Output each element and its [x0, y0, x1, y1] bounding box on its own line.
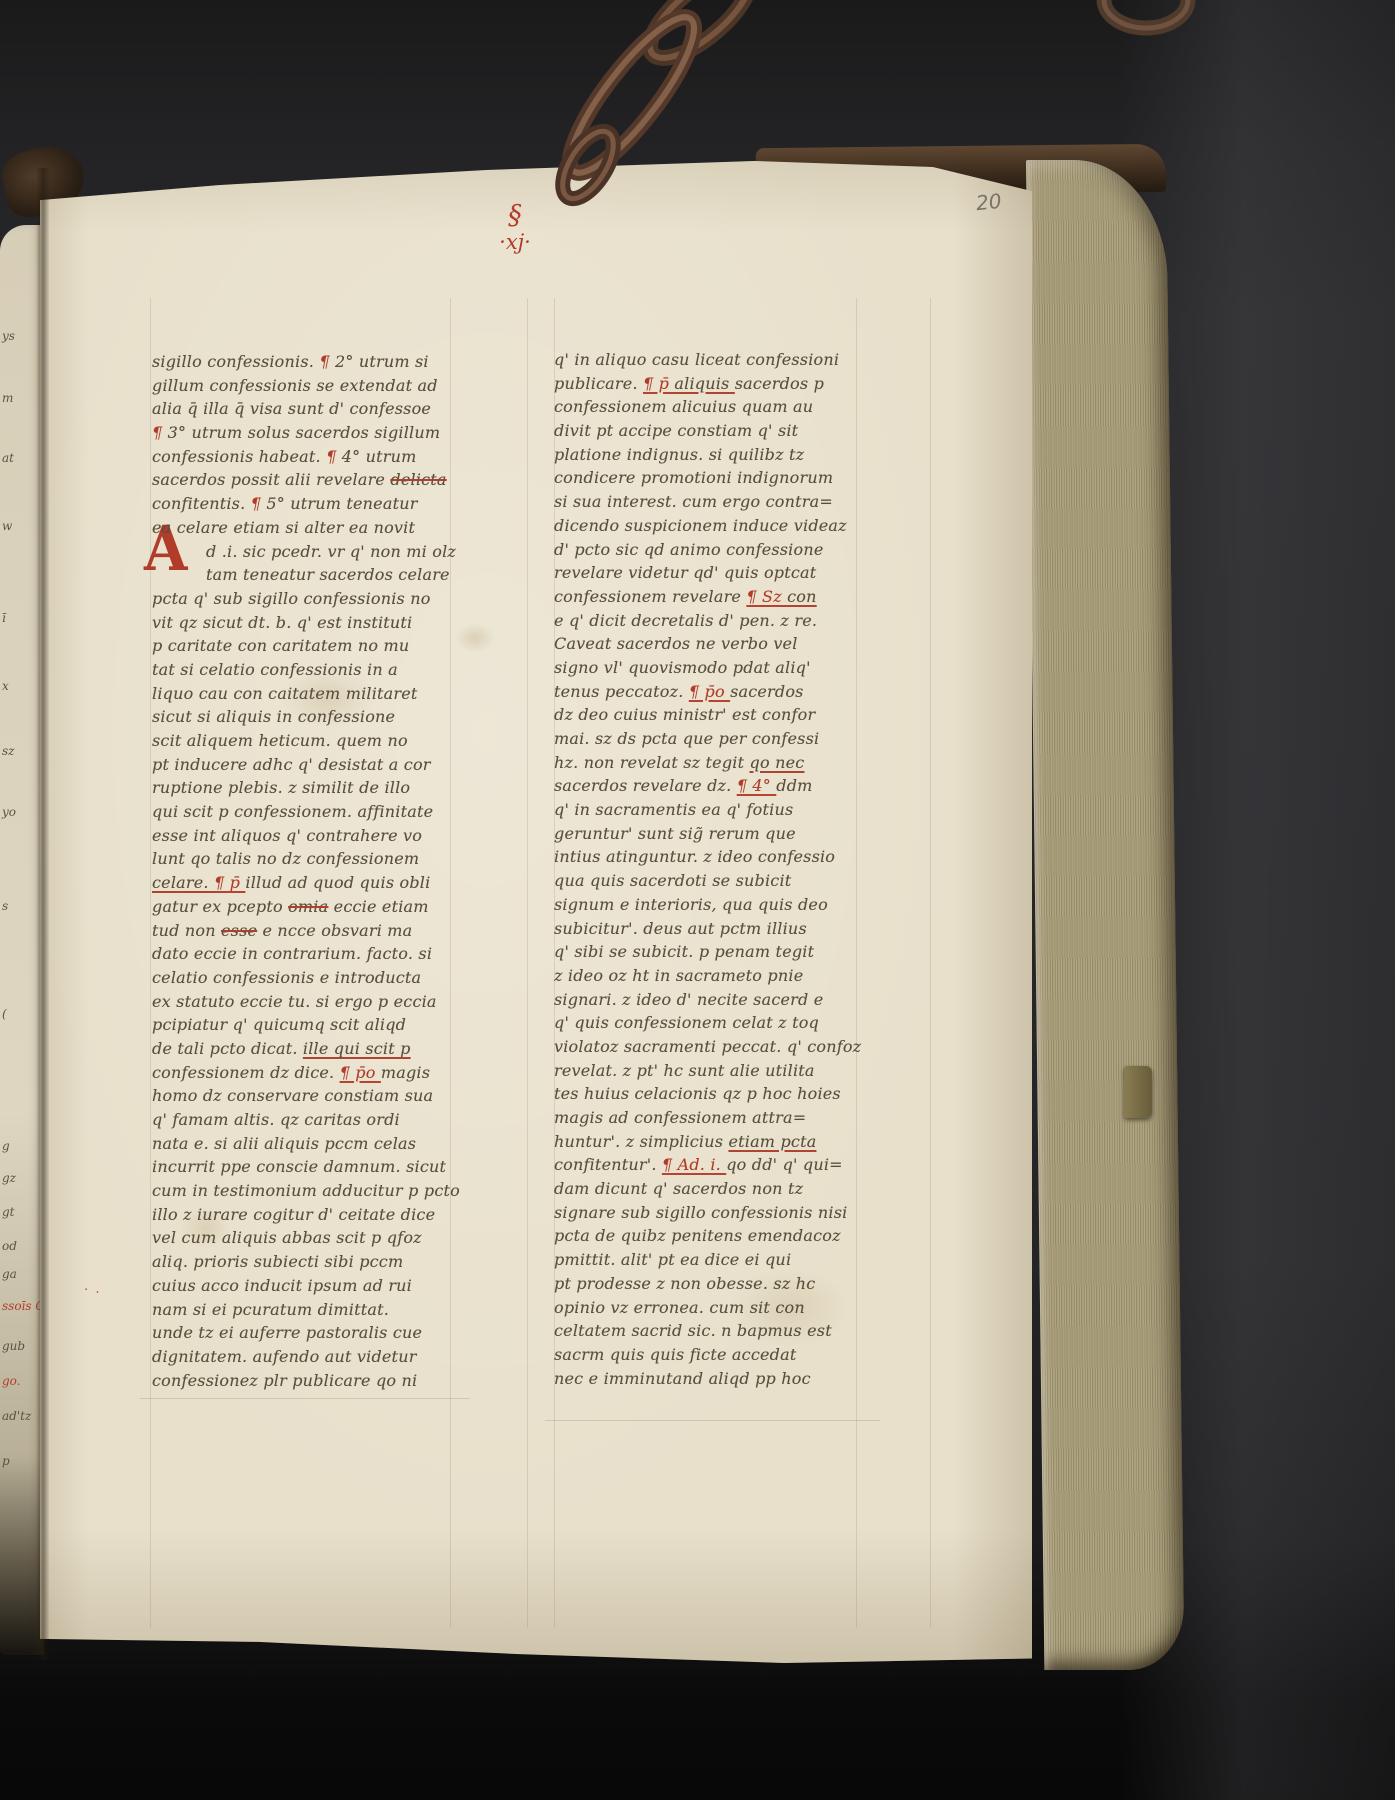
- manuscript-text-line: vit qz sicut dt. b. q' est instituti: [152, 611, 468, 635]
- ink-text: z ideo oz ht in sacrameto pnie: [554, 966, 803, 985]
- manuscript-text-line: pcta de quibz penitens emendacoz: [554, 1224, 870, 1248]
- ink-text: signum e interioris, qua quis deo: [554, 895, 828, 914]
- ink-text: 5° utrum teneatur: [266, 494, 417, 513]
- fore-edge-tab: [1124, 1066, 1152, 1118]
- manuscript-text-line: ea celare etiam si alter ea novit: [152, 516, 468, 540]
- ink-text: gillum confessionis se extendat ad: [152, 376, 438, 395]
- ink-text: homo dz conservare constiam sua: [152, 1086, 433, 1105]
- ink-text: sacrm quis quis ficte accedat: [554, 1345, 796, 1364]
- marginal-text-fragment: gt: [2, 1206, 15, 1218]
- ink-text: qua quis sacerdoti se subicit: [554, 871, 791, 890]
- ink-text: 2° utrum si: [335, 352, 429, 371]
- manuscript-text-line: qui scit p confessionem. affinitate: [152, 800, 468, 824]
- manuscript-text-line: si sua interest. cum ergo contra=: [554, 490, 870, 514]
- ink-text: aliquis: [674, 374, 734, 393]
- ruling-line: [527, 298, 528, 1628]
- ink-text: tenus peccatoz.: [554, 682, 689, 701]
- marginal-text-fragment: gz: [2, 1172, 16, 1184]
- ink-text: illud ad quod quis obli: [245, 873, 430, 892]
- manuscript-text-line: celare. ¶ p̄ illud ad quod quis obli: [152, 871, 468, 895]
- manuscript-text-line: pmittit. alit' pt ea dice ei qui: [554, 1248, 870, 1272]
- manuscript-text-line: z ideo oz ht in sacrameto pnie: [554, 964, 870, 988]
- chapter-number: ·xj·: [480, 230, 550, 254]
- manuscript-text-line: publicare. ¶ p̄ aliquis sacerdos p: [554, 372, 870, 396]
- marginal-text-fragment: ad'tz: [2, 1410, 31, 1422]
- ink-text: dz deo cuius ministr' est confor: [554, 705, 815, 724]
- manuscript-text-line: illo z iurare cogitur d' ceitate dice: [152, 1203, 468, 1227]
- marginal-text-fragment: x: [2, 680, 9, 692]
- ink-text: 4° utrum: [342, 447, 417, 466]
- ink-text: alia q̄ illa q̄ visa sunt d' confessoe: [152, 399, 431, 418]
- ink-text: celare.: [152, 873, 214, 892]
- manuscript-text-line: alia q̄ illa q̄ visa sunt d' confessoe: [152, 397, 468, 421]
- ink-text: ddm: [776, 776, 812, 795]
- ink-text: q' quis confessionem celat z toq: [554, 1013, 819, 1032]
- manuscript-text-line: dignitatem. aufendo aut videtur: [152, 1345, 468, 1369]
- marginal-text-fragment: ga: [2, 1268, 17, 1280]
- rubric-text: ¶ p̄o: [340, 1063, 381, 1082]
- ruling-line: [545, 1420, 880, 1421]
- manuscript-text-line: violatoz sacramenti peccat. q' confoz: [554, 1035, 870, 1059]
- manuscript-text-line: tenus peccatoz. ¶ p̄o sacerdos: [554, 680, 870, 704]
- manuscript-text-line: huntur'. z simplicius etiam pcta: [554, 1130, 870, 1154]
- ink-text: ruptione plebis. z similit de illo: [152, 778, 410, 797]
- ink-text: dam dicunt q' sacerdos non tz: [554, 1179, 803, 1198]
- manuscript-text-line: sigillo confessionis. ¶ 2° utrum si: [152, 350, 468, 374]
- ink-text: confessionem alicuius quam au: [554, 397, 813, 416]
- ink-text: confitentur'.: [554, 1155, 662, 1174]
- ink-text: scit aliquem heticum. quem no: [152, 731, 408, 750]
- ink-text: signari. z ideo d' necite sacerd e: [554, 990, 823, 1009]
- manuscript-text-line: tes huius celacionis qz p hoc hoies: [554, 1082, 870, 1106]
- ink-text: celtatem sacrid sic. n bapmus est: [554, 1321, 832, 1340]
- manuscript-text-line: sacerdos revelare dz. ¶ 4° ddm: [554, 774, 870, 798]
- marginal-text-fragment: (: [2, 1008, 7, 1020]
- ink-text: gatur ex pcepto: [152, 897, 288, 916]
- ruling-line: [930, 298, 931, 1628]
- manuscript-text-line: lunt qo talis no dz confessionem: [152, 847, 468, 871]
- ink-text: ille qui scit p: [303, 1039, 411, 1058]
- manuscript-text-line: q' in aliquo casu liceat confessioni: [554, 348, 870, 372]
- manuscript-text-line: q' famam altis. qz caritas ordi: [152, 1108, 468, 1132]
- marginal-text-fragment: sz: [2, 745, 14, 757]
- text-column-right: q' in aliquo casu liceat confessionipubl…: [554, 348, 870, 1390]
- rubric-text: ¶ Ad. i.: [662, 1155, 726, 1174]
- manuscript-text-line: confessionis habeat. ¶ 4° utrum: [152, 445, 468, 469]
- manuscript-text-line: p caritate con caritatem no mu: [152, 634, 468, 658]
- marginal-text-fragment: at: [2, 452, 14, 464]
- rubric-text: ¶: [326, 447, 342, 466]
- manuscript-text-line: ¶ 3° utrum solus sacerdos sigillum: [152, 421, 468, 445]
- ink-text: opinio vz erronea. cum sit con: [554, 1298, 805, 1317]
- manuscript-text-line: divit pt accipe constiam q' sit: [554, 419, 870, 443]
- manuscript-text-line: pt inducere adhc q' desistat a cor: [152, 753, 468, 777]
- manuscript-text-line: mai. sz ds pcta que per confessi: [554, 727, 870, 751]
- ink-text: sacerdos revelare dz.: [554, 776, 737, 795]
- ink-text: divit pt accipe constiam q' sit: [554, 421, 798, 440]
- manuscript-text-line: aliq. prioris subiecti sibi pccm: [152, 1250, 468, 1274]
- ink-text: dato eccie in contrarium. facto. si: [152, 944, 432, 963]
- marginal-text-fragment: w: [2, 520, 12, 532]
- ink-text: tud non: [152, 921, 221, 940]
- marginal-text-fragment: od: [2, 1240, 17, 1252]
- manuscript-text-line: esse int aliquos q' contrahere vo: [152, 824, 468, 848]
- ink-text: esse: [221, 921, 257, 940]
- manuscript-text-line: vel cum aliquis abbas scit p qfoz: [152, 1226, 468, 1250]
- ink-text: confessionis habeat.: [152, 447, 326, 466]
- marginal-text-fragment: p: [2, 1455, 10, 1467]
- manuscript-text-line: incurrit ppe conscie damnum. sicut: [152, 1155, 468, 1179]
- ink-text: confessionem revelare: [554, 587, 746, 606]
- ink-text: sicut si aliquis in confessione: [152, 707, 395, 726]
- ink-text: tam teneatur sacerdos celare: [206, 565, 450, 584]
- ink-text: cum in testimonium adducitur p pcto: [152, 1181, 460, 1200]
- manuscript-text-line: cuius acco inducit ipsum ad rui: [152, 1274, 468, 1298]
- manuscript-text-line: celtatem sacrid sic. n bapmus est: [554, 1319, 870, 1343]
- ink-text: signare sub sigillo confessionis nisi: [554, 1203, 847, 1222]
- manuscript-text-line: dz deo cuius ministr' est confor: [554, 703, 870, 727]
- manuscript-text-line: subicitur'. deus aut pctm illius: [554, 917, 870, 941]
- ink-text: signo vl' quovismodo pdat aliq': [554, 658, 811, 677]
- manuscript-text-line: tat si celatio confessionis in a: [152, 658, 468, 682]
- ink-text: qui scit p confessionem. affinitate: [152, 802, 433, 821]
- marginal-text-fragment: s: [2, 900, 8, 912]
- ink-text: d .i. sic pcedr. vr q' non mi olz: [206, 542, 456, 561]
- ink-text: pcta de quibz penitens emendacoz: [554, 1226, 841, 1245]
- manuscript-text-line: pt prodesse z non obesse. sz hc: [554, 1272, 870, 1296]
- ink-text: de tali pcto dicat.: [152, 1039, 303, 1058]
- ink-text: ea celare etiam si alter ea novit: [152, 518, 415, 537]
- ink-text: q' in sacramentis ea q' fotius: [554, 800, 793, 819]
- ink-text: omia: [288, 897, 328, 916]
- manuscript-text-line: signare sub sigillo confessionis nisi: [554, 1201, 870, 1225]
- ink-text: Caveat sacerdos ne verbo vel: [554, 634, 798, 653]
- ink-text: revelare videtur qd' quis optcat: [554, 563, 816, 582]
- ink-text: subicitur'. deus aut pctm illius: [554, 919, 807, 938]
- ink-text: pt prodesse z non obesse. sz hc: [554, 1274, 815, 1293]
- manuscript-text-line: qua quis sacerdoti se subicit: [554, 869, 870, 893]
- ink-text: vel cum aliquis abbas scit p qfoz: [152, 1228, 422, 1247]
- manuscript-text-line: unde tz ei auferre pastoralis cue: [152, 1321, 468, 1345]
- gutter-shadow: [36, 168, 49, 1660]
- manuscript-text-line: nam si ei pcuratum dimittat.: [152, 1298, 468, 1322]
- ink-text: intius atinguntur. z ideo confessio: [554, 847, 835, 866]
- ink-text: e ncce obsvari ma: [257, 921, 412, 940]
- rubric-dots: · ·: [83, 1282, 103, 1300]
- ink-text: pmittit. alit' pt ea dice ei qui: [554, 1250, 791, 1269]
- ink-text: etiam pcta: [728, 1132, 816, 1151]
- manuscript-text-line: nec e imminutand aliqd pp hoc: [554, 1367, 870, 1391]
- ink-text: pt inducere adhc q' desistat a cor: [152, 755, 431, 774]
- manuscript-text-line: liquo cau con caitatem militaret: [152, 682, 468, 706]
- ink-text: aliq. prioris subiecti sibi pccm: [152, 1252, 403, 1271]
- rubric-text: ¶: [152, 423, 168, 442]
- ink-text: q' sibi se subicit. p penam tegit: [554, 942, 814, 961]
- manuscript-text-line: q' sibi se subicit. p penam tegit: [554, 940, 870, 964]
- manuscript-text-line: ruptione plebis. z similit de illo: [152, 776, 468, 800]
- manuscript-text-line: dam dicunt q' sacerdos non tz: [554, 1177, 870, 1201]
- marginal-text-fragment: g: [2, 1140, 10, 1152]
- rubric-text: ¶ p̄o: [689, 682, 730, 701]
- ink-text: dicendo suspicionem induce videaz: [554, 516, 847, 535]
- manuscript-text-line: confitentur'. ¶ Ad. i. qo dd' q' qui=: [554, 1153, 870, 1177]
- manuscript-text-line: e q' dicit decretalis d' pen. z re.: [554, 609, 870, 633]
- manuscript-text-line: d .i. sic pcedr. vr q' non mi olz: [152, 540, 468, 564]
- text-column-left: sigillo confessionis. ¶ 2° utrum sigillu…: [152, 350, 468, 1392]
- rubric-text: ¶: [251, 494, 267, 513]
- ink-text: sacerdos p: [735, 374, 824, 393]
- ink-text: 3° utrum solus sacerdos sigillum: [168, 423, 441, 442]
- ink-text: confessionez plr publicare qo ni: [152, 1371, 417, 1390]
- ink-text: platione indignus. si quilibz tz: [554, 445, 804, 464]
- ink-text: pcta q' sub sigillo confessionis no: [152, 589, 431, 608]
- manuscript-text-line: celatio confessionis e introducta: [152, 966, 468, 990]
- ink-text: condicere promotioni indignorum: [554, 468, 833, 487]
- manuscript-text-line: confessionem revelare ¶ Sz con: [554, 585, 870, 609]
- ink-text: confitentis.: [152, 494, 251, 513]
- manuscript-text-line: pcipiatur q' quicumq scit aliqd: [152, 1013, 468, 1037]
- manuscript-text-line: gatur ex pcepto omia eccie etiam: [152, 895, 468, 919]
- marginal-text-fragment: m: [2, 392, 13, 404]
- ink-text: confessionem dz dice.: [152, 1063, 340, 1082]
- manuscript-text-line: cum in testimonium adducitur p pcto: [152, 1179, 468, 1203]
- manuscript-text-line: signo vl' quovismodo pdat aliq': [554, 656, 870, 680]
- ink-text: pcipiatur q' quicumq scit aliqd: [152, 1015, 406, 1034]
- ink-text: ex statuto eccie tu. si ergo p eccia: [152, 992, 437, 1011]
- marginal-text-fragment: gub: [2, 1340, 25, 1352]
- chained-manuscript-photo: ysmatwīxszyos(ggzgtodgassoīs C.IIgubgo.a…: [0, 0, 1395, 1800]
- ink-text: mai. sz ds pcta que per confessi: [554, 729, 819, 748]
- manuscript-text-line: de tali pcto dicat. ille qui scit p: [152, 1037, 468, 1061]
- manuscript-text-line: signari. z ideo d' necite sacerd e: [554, 988, 870, 1012]
- manuscript-text-line: confessionez plr publicare qo ni: [152, 1369, 468, 1393]
- ink-text: tes huius celacionis qz p hoc hoies: [554, 1084, 841, 1103]
- ink-text: esse int aliquos q' contrahere vo: [152, 826, 422, 845]
- rubric-text: ¶ 4°: [737, 776, 777, 795]
- ink-text: magis ad confessionem attra=: [554, 1108, 806, 1127]
- ink-text: d' pcto sic qd animo confessione: [554, 540, 824, 559]
- manuscript-page: § ·xj· 20 A sigillo confessionis. ¶ 2° u…: [40, 158, 1032, 1663]
- manuscript-text-line: dicendo suspicionem induce videaz: [554, 514, 870, 538]
- manuscript-text-line: revelat. z pt' hc sunt alie utilita: [554, 1059, 870, 1083]
- manuscript-text-line: homo dz conservare constiam sua: [152, 1084, 468, 1108]
- manuscript-text-line: ex statuto eccie tu. si ergo p eccia: [152, 990, 468, 1014]
- rubric-text: ¶ p̄: [214, 873, 245, 892]
- manuscript-text-line: q' in sacramentis ea q' fotius: [554, 798, 870, 822]
- ink-text: violatoz sacramenti peccat. q' confoz: [554, 1037, 861, 1056]
- manuscript-text-line: intius atinguntur. z ideo confessio: [554, 845, 870, 869]
- ink-text: nec e imminutand aliqd pp hoc: [554, 1369, 811, 1388]
- marginal-text-fragment: yo: [2, 806, 16, 818]
- manuscript-text-line: condicere promotioni indignorum: [554, 466, 870, 490]
- manuscript-text-line: tam teneatur sacerdos celare: [152, 563, 468, 587]
- ink-text: con: [787, 587, 817, 606]
- manuscript-text-line: q' quis confessionem celat z toq: [554, 1011, 870, 1035]
- rubric-text: ¶ Sz: [746, 587, 787, 606]
- ink-text: hz. non revelat sz tegit: [554, 753, 750, 772]
- ink-text: eccie etiam: [328, 897, 428, 916]
- manuscript-text-line: dato eccie in contrarium. facto. si: [152, 942, 468, 966]
- ink-text: liquo cau con caitatem militaret: [152, 684, 418, 703]
- marginal-text-fragment: go.: [2, 1375, 21, 1387]
- ink-text: nam si ei pcuratum dimittat.: [152, 1300, 389, 1319]
- fore-edge-page-block: [1026, 160, 1184, 1670]
- ink-text: illo z iurare cogitur d' ceitate dice: [152, 1205, 435, 1224]
- manuscript-text-line: confessionem dz dice. ¶ p̄o magis: [152, 1061, 468, 1085]
- ink-text: incurrit ppe conscie damnum. sicut: [152, 1157, 446, 1176]
- manuscript-text-line: gillum confessionis se extendat ad: [152, 374, 468, 398]
- ink-text: qo nec: [750, 753, 805, 772]
- manuscript-text-line: revelare videtur qd' quis optcat: [554, 561, 870, 585]
- ink-text: delicta: [390, 470, 446, 489]
- manuscript-text-line: Caveat sacerdos ne verbo vel: [554, 632, 870, 656]
- manuscript-text-line: confessionem alicuius quam au: [554, 395, 870, 419]
- ink-text: p caritate con caritatem no mu: [152, 636, 409, 655]
- ink-text: huntur'. z simplicius: [554, 1132, 728, 1151]
- ink-text: qo dd' q' qui=: [726, 1155, 843, 1174]
- manuscript-text-line: hz. non revelat sz tegit qo nec: [554, 751, 870, 775]
- ink-text: sacerdos possit alii revelare: [152, 470, 390, 489]
- manuscript-text-line: d' pcto sic qd animo confessione: [554, 538, 870, 562]
- ink-text: magis: [381, 1063, 430, 1082]
- ink-text: q' famam altis. qz caritas ordi: [152, 1110, 400, 1129]
- manuscript-text-line: platione indignus. si quilibz tz: [554, 443, 870, 467]
- ruling-line: [140, 1398, 470, 1399]
- ruling-line: [150, 298, 151, 1628]
- rubric-text: ¶ p̄: [643, 374, 674, 393]
- manuscript-text-line: magis ad confessionem attra=: [554, 1106, 870, 1130]
- ink-text: celatio confessionis e introducta: [152, 968, 421, 987]
- manuscript-text-line: sacerdos possit alii revelare delicta: [152, 468, 468, 492]
- manuscript-text-line: nata e. si alii aliquis pccm celas: [152, 1132, 468, 1156]
- chain-link-icon: [1088, 0, 1208, 40]
- marginal-text-fragment: ys: [2, 330, 15, 342]
- ink-text: publicare.: [554, 374, 643, 393]
- manuscript-text-line: signum e interioris, qua quis deo: [554, 893, 870, 917]
- manuscript-text-line: sacrm quis quis ficte accedat: [554, 1343, 870, 1367]
- ink-text: lunt qo talis no dz confessionem: [152, 849, 419, 868]
- ink-text: sacerdos: [730, 682, 804, 701]
- manuscript-text-line: pcta q' sub sigillo confessionis no: [152, 587, 468, 611]
- manuscript-text-line: scit aliquem heticum. quem no: [152, 729, 468, 753]
- ink-text: dignitatem. aufendo aut videtur: [152, 1347, 417, 1366]
- ink-text: e q' dicit decretalis d' pen. z re.: [554, 611, 817, 630]
- ink-text: revelat. z pt' hc sunt alie utilita: [554, 1061, 815, 1080]
- ink-text: si sua interest. cum ergo contra=: [554, 492, 833, 511]
- manuscript-text-line: tud non esse e ncce obsvari ma: [152, 919, 468, 943]
- ink-text: cuius acco inducit ipsum ad rui: [152, 1276, 412, 1295]
- ink-text: vit qz sicut dt. b. q' est instituti: [152, 613, 412, 632]
- manuscript-text-line: sicut si aliquis in confessione: [152, 705, 468, 729]
- ink-text: geruntur' sunt sig̃ rerum que: [554, 824, 796, 843]
- ink-text: q' in aliquo casu liceat confessioni: [554, 350, 839, 369]
- manuscript-text-line: opinio vz erronea. cum sit con: [554, 1296, 870, 1320]
- marginal-text-fragment: ī: [2, 612, 6, 624]
- ink-text: tat si celatio confessionis in a: [152, 660, 398, 679]
- manuscript-text-line: geruntur' sunt sig̃ rerum que: [554, 822, 870, 846]
- ink-text: nata e. si alii aliquis pccm celas: [152, 1134, 416, 1153]
- ink-text: sigillo confessionis.: [152, 352, 319, 371]
- manuscript-text-line: confitentis. ¶ 5° utrum teneatur: [152, 492, 468, 516]
- ink-text: unde tz ei auferre pastoralis cue: [152, 1323, 422, 1342]
- rubric-text: ¶: [319, 352, 335, 371]
